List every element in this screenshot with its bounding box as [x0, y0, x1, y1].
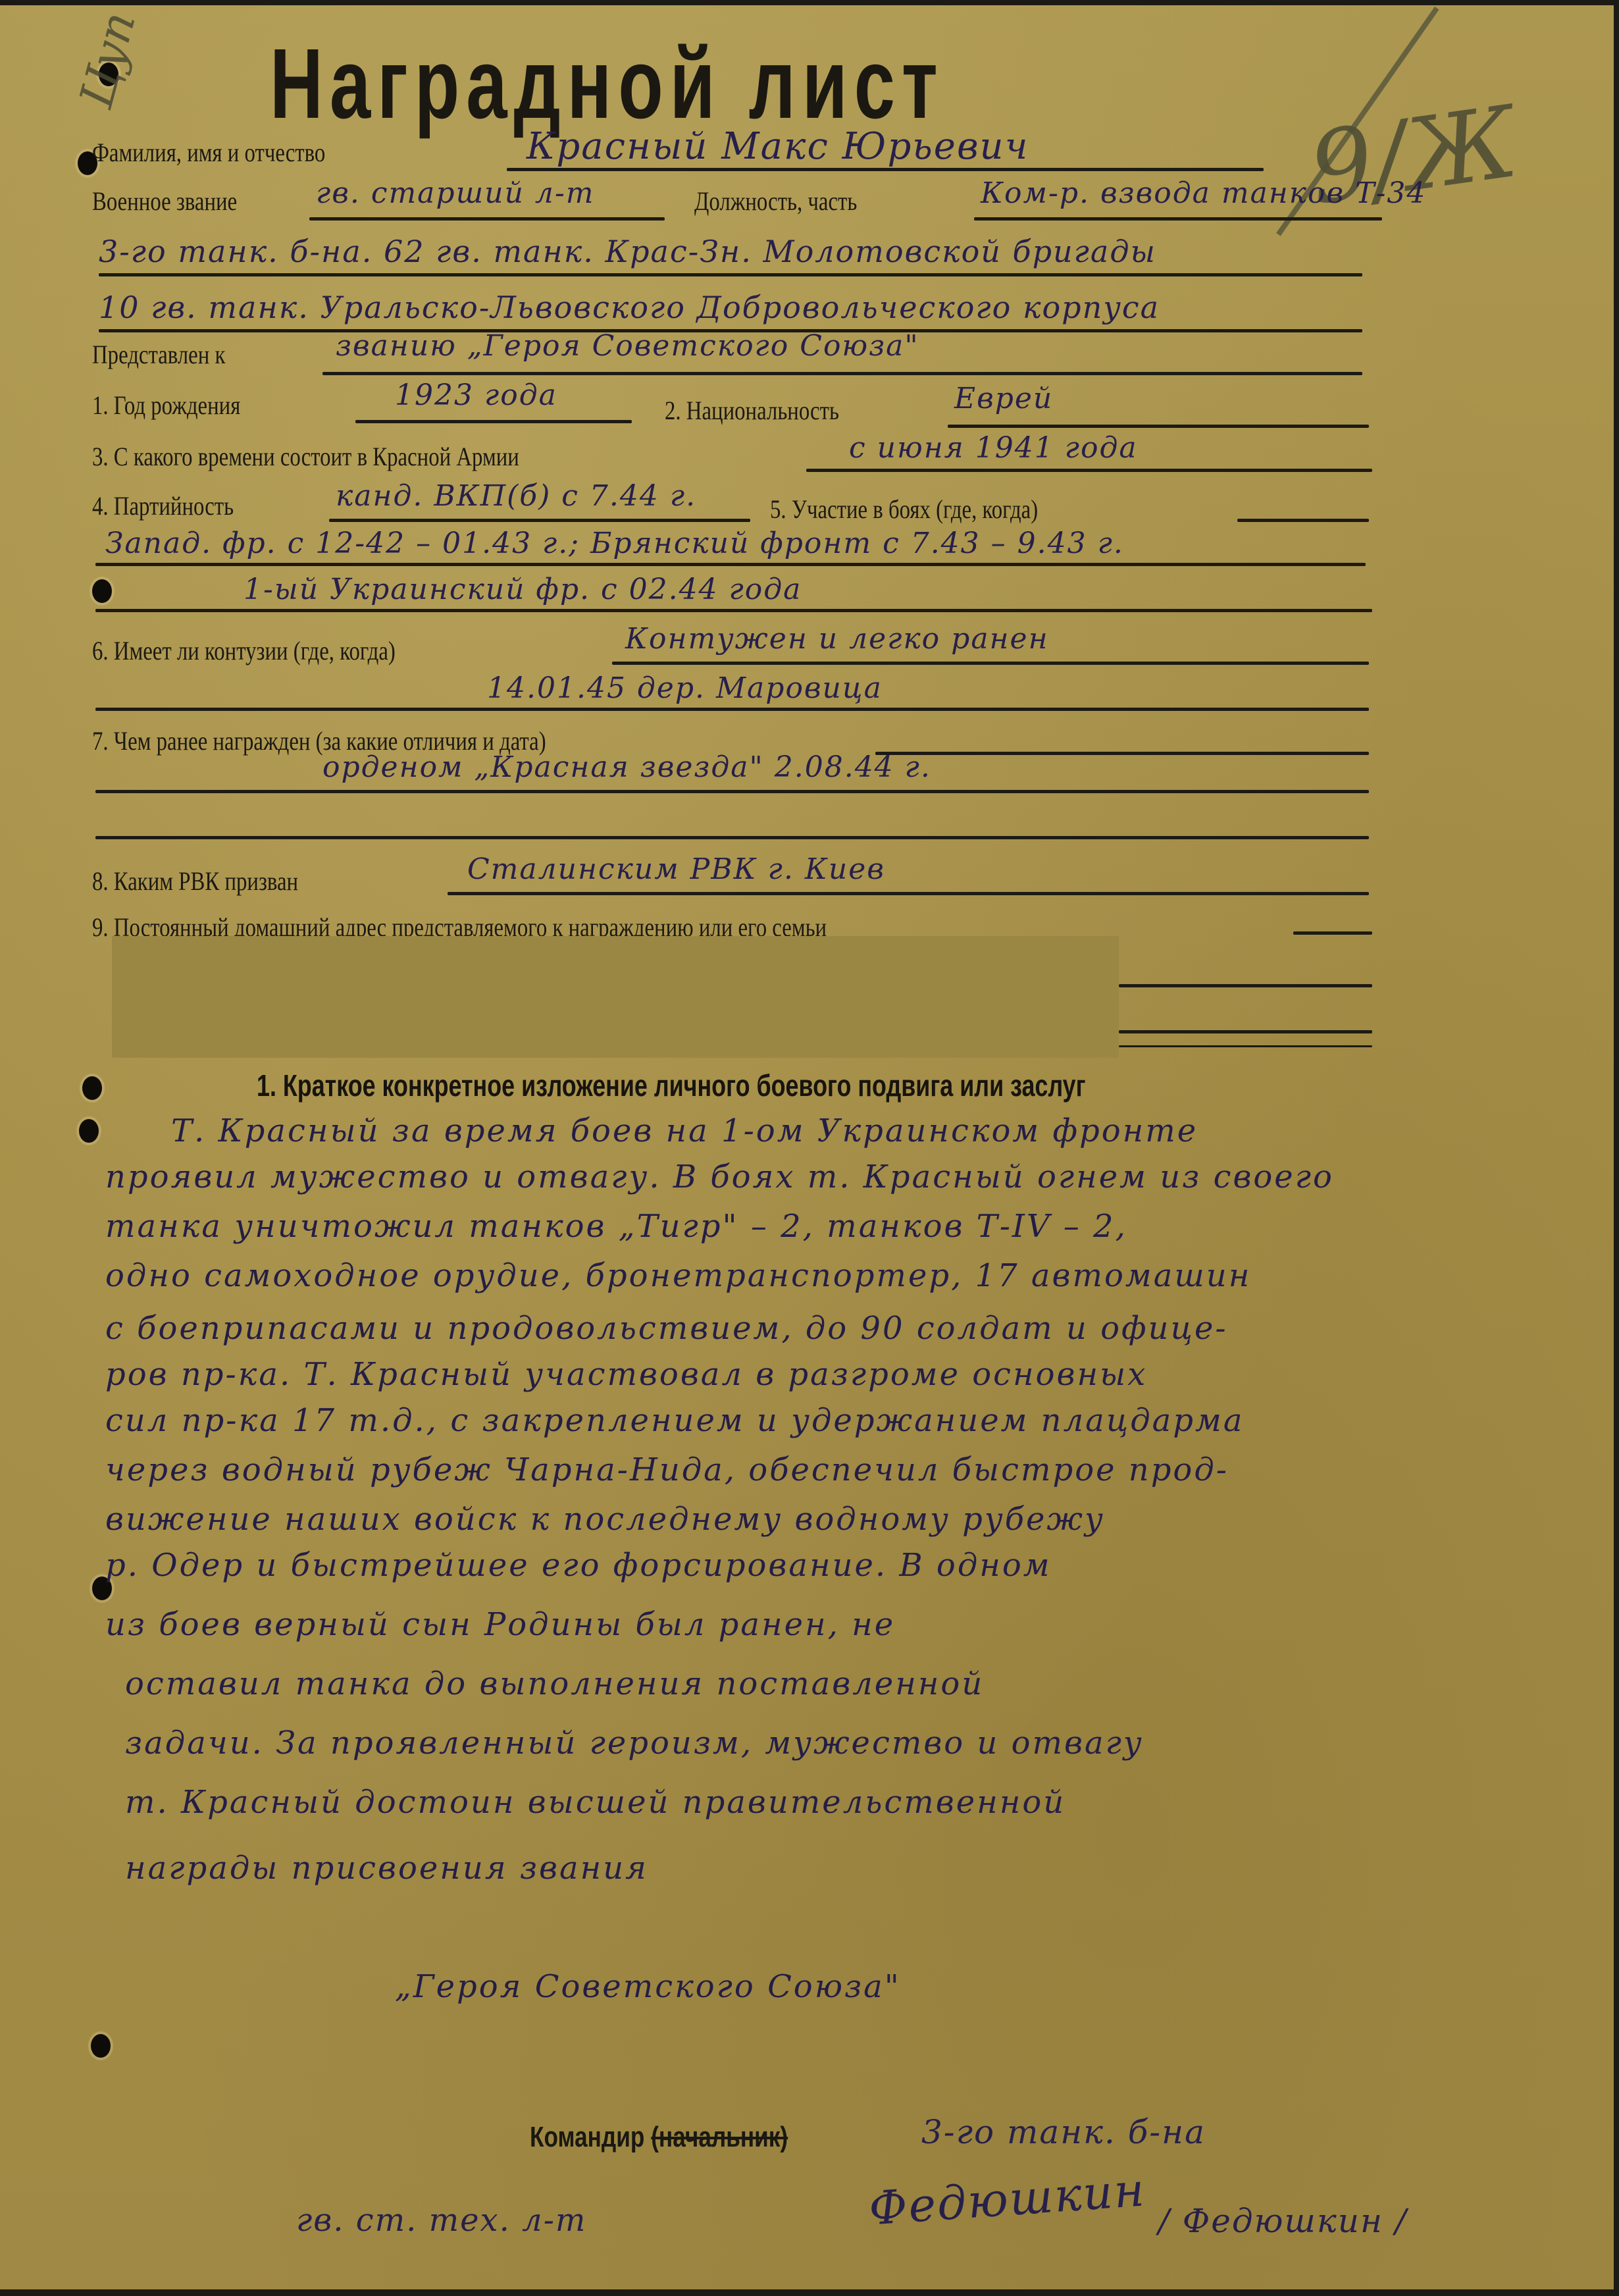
previous-awards-value: орденом „Красная звезда" 2.08.44 г. [322, 750, 931, 784]
conscripted-value: Сталинским РВК г. Киев [467, 852, 885, 886]
narrative-line: проявил мужество и отвагу. В боях т. Кра… [105, 1159, 1334, 1195]
rule [806, 469, 1372, 472]
conscripted-label: 8. Каким РВК призван [92, 866, 298, 897]
narrative-line: награды присвоения звания [125, 1850, 648, 1887]
narrative-line: из боев верный сын Родины был ранен, не [105, 1606, 895, 1643]
signer-name: / Федюшкин / [1158, 2202, 1408, 2240]
narrative-line: ров пр-ка. Т. Красный участвовал в разгр… [105, 1356, 1147, 1393]
rule [329, 519, 750, 522]
rule [99, 273, 1362, 276]
narrative-line: Т. Красный за время боев на 1-ом Украинс… [171, 1112, 1198, 1149]
rule [1119, 1045, 1372, 1047]
commander-unit: 3-го танк. б-на [921, 2113, 1206, 2151]
name-label: Фамилия, имя и отчество [92, 137, 325, 168]
army-since-value: с июня 1941 года [849, 431, 1138, 465]
rule [95, 708, 1369, 711]
commander-title: Командир [530, 2121, 644, 2153]
narrative-line: задачи. За проявленный героизм, мужество… [125, 1725, 1144, 1761]
army-since-label: 3. С какого времени состоит в Красной Ар… [92, 441, 519, 472]
narrative-heading: 1. Краткое конкретное изложение личного … [257, 1068, 1086, 1103]
nationality-value: Еврей [954, 382, 1053, 415]
rule [95, 836, 1369, 839]
party-value: канд. ВКП(б) с 7.44 г. [336, 479, 696, 513]
rule [948, 425, 1369, 428]
commander-label: Командир (начальник) [530, 2121, 788, 2154]
narrative-line: одно самоходное орудие, бронетранспортер… [105, 1257, 1251, 1294]
rule [1293, 931, 1372, 935]
nationality-label: 2. Национальность [665, 395, 839, 426]
rule [95, 790, 1369, 793]
birth-year-value: 1923 года [395, 378, 557, 412]
nominated-value: званию „Героя Советского Союза" [336, 329, 919, 363]
rule [1237, 519, 1369, 522]
redacted-address-block [112, 936, 1119, 1058]
narrative-line: оставил танка до выполнения поставленной [125, 1665, 984, 1702]
commander-title-struck: (начальник) [651, 2121, 788, 2153]
pencil-mark-left: Цуп [69, 7, 146, 114]
rule [875, 752, 1369, 755]
party-label: 4. Партийность [92, 490, 234, 521]
wounds-label: 6. Имеет ли контузии (где, когда) [92, 635, 396, 666]
narrative-line: р. Одер и быстрейшее его форсирование. В… [105, 1547, 1052, 1584]
narrative-line: танка уничтожил танков „Тигр" – 2, танко… [105, 1208, 1127, 1245]
narrative-line: через водный рубеж Чарна-Нида, обеспечил… [105, 1451, 1229, 1488]
rule [309, 217, 665, 221]
position-value-line2: 3-го танк. б-на. 62 гв. танк. Крас-Зн. М… [99, 234, 1156, 269]
rule [448, 892, 1369, 895]
rule [355, 420, 632, 423]
rank-label: Военное звание [92, 186, 237, 217]
scan-border-top [0, 0, 1619, 5]
rule [974, 217, 1382, 221]
narrative-line: сил пр-ка 17 т.д., с закреплением и удер… [105, 1402, 1244, 1439]
narrative-line: „Героя Советского Союза" [395, 1968, 901, 2005]
battles-value-line2: 1-ый Украинский фр. с 02.44 года [244, 573, 802, 606]
battles-value-line1: Запад. фр. с 12-42 – 01.43 г.; Брянский … [105, 527, 1124, 560]
name-value: Красный Макс Юрьевич [527, 125, 1029, 168]
document-title: Наградной лист [270, 26, 944, 141]
narrative-line: вижение наших войск к последнему водному… [105, 1501, 1105, 1538]
narrative-line: т. Красный достоин высшей правительствен… [125, 1784, 1066, 1821]
rule [507, 168, 1264, 171]
scan-border-bottom [0, 2289, 1619, 2296]
scan-border-right [1614, 0, 1619, 2296]
rule [95, 609, 1372, 612]
signer-rank: гв. ст. тех. л-т [296, 2202, 586, 2239]
position-value-line1: Ком-р. взвода танков Т-34 [981, 176, 1426, 210]
nominated-label: Представлен к [92, 339, 225, 370]
rank-value: гв. старший л-т [316, 176, 595, 210]
punch-hole [91, 2034, 111, 2058]
battles-label: 5. Участие в боях (где, когда) [770, 494, 1038, 525]
rule [1119, 984, 1372, 987]
rule [95, 563, 1366, 566]
position-value-line3: 10 гв. танк. Уральско-Львовского Доброво… [99, 290, 1160, 325]
signature-scrawl: Федюшкин [867, 2162, 1148, 2235]
position-label: Должность, часть [694, 186, 857, 217]
punch-hole [82, 1076, 102, 1100]
rule [1119, 1030, 1372, 1033]
wounds-value-line2: 14.01.45 дер. Маровица [487, 671, 883, 705]
punch-hole [79, 1119, 99, 1143]
birth-year-label: 1. Год рождения [92, 390, 240, 421]
rule [322, 372, 1362, 375]
narrative-line: с боеприпасами и продовольствием, до 90 … [105, 1310, 1228, 1347]
punch-hole [92, 579, 112, 603]
wounds-value-line1: Контужен и легко ранен [625, 622, 1049, 656]
rule [612, 662, 1369, 665]
